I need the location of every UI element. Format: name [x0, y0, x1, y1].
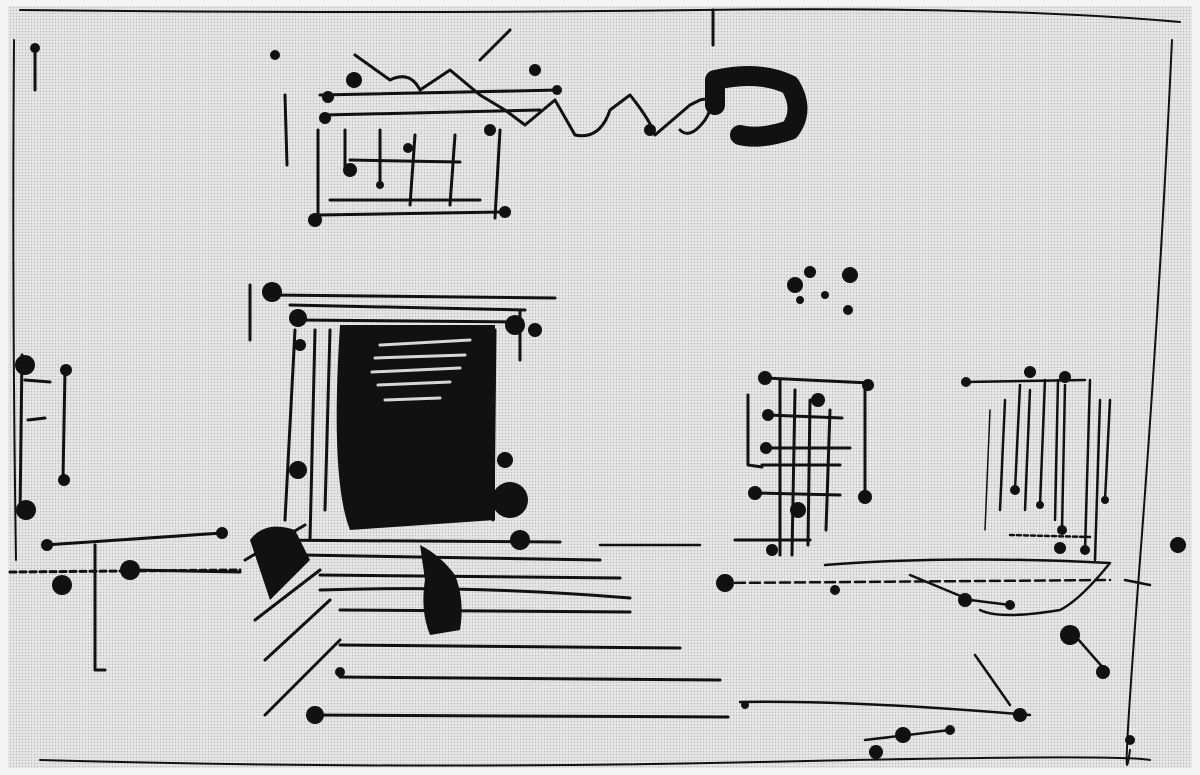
paper-background: [8, 6, 1192, 768]
ink-sketch-canvas: [0, 0, 1200, 775]
